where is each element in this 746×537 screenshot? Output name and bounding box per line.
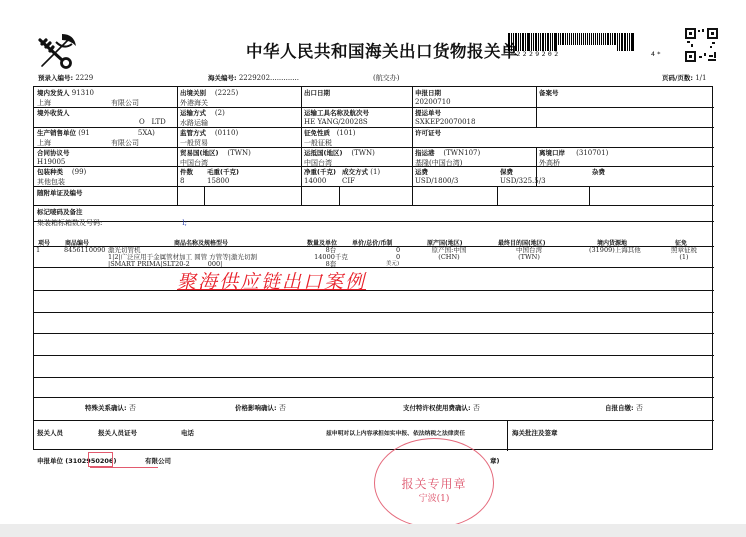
self-pay-confirm: 自报自缴: 否 xyxy=(605,403,643,413)
port-of-destination-field: 指运港 (TWN107) 基隆(中国台湾) xyxy=(415,148,480,168)
pre-entry-value: 2229 xyxy=(75,74,93,82)
attached-docs-field: 随附单证及编号 xyxy=(37,188,83,197)
goods-hs-code: 8456110090 xyxy=(64,247,105,254)
barcode xyxy=(508,33,666,51)
declare-date-field: 申报日期 20200710 xyxy=(415,88,451,106)
tax-nature-field: 征免性质 (101) 一般征税 xyxy=(304,128,356,148)
insurance-field: 保费 USD/325.5/3 xyxy=(500,167,546,185)
gross-weight-field: 毛重(千克) 15800 xyxy=(207,167,239,185)
goods-header-price: 单价/总价/币制 xyxy=(352,238,392,247)
marks-field: 标记唛码及备注 集装箱标箱数及号码:l; xyxy=(37,207,187,228)
transport-mode-field: 运输方式 (2) 水路运输 xyxy=(180,108,225,128)
customs-remarks-label: 海关批注及签章 xyxy=(512,428,558,437)
customs-number-value: 2229202............. xyxy=(239,74,299,82)
transaction-mode-field: 成交方式 (1) CIF xyxy=(342,167,380,185)
small-red-seal xyxy=(88,452,113,467)
watermark-text: 聚海供应链出口案例 xyxy=(177,267,366,294)
price-influence-confirm: 价格影响确认: 否 xyxy=(235,403,286,413)
special-relation-confirm: 特殊关系确认: 否 xyxy=(85,403,136,413)
goods-name: 激光切管机 1|2|广泛应用于金属管材加工 圆管 方管等|激光切割 |SMART… xyxy=(108,247,257,268)
seal-underline xyxy=(90,467,158,468)
record-number-field: 备案号 xyxy=(539,88,559,97)
trade-country-field: 贸易国(地区) (TWN) 中国台湾 xyxy=(180,148,251,168)
stamp-city: 宁波(1) xyxy=(375,491,493,504)
packages-field: 件数 8 xyxy=(180,167,193,185)
goods-quantity: 8台 14000千克 8套 xyxy=(306,247,356,268)
misc-fee-field: 杂费 xyxy=(592,167,605,176)
stamp-suffix: 章) xyxy=(490,456,499,465)
goods-source: (31909)上海其他 xyxy=(589,247,641,254)
customs-number: 海关编号: 2229202............. xyxy=(208,73,299,82)
phone-label: 电话 xyxy=(181,428,194,437)
page-value: 1/1 xyxy=(695,74,706,82)
barcode-number: *2229202 xyxy=(510,50,561,58)
consignee-field: 境外收货人 O LTD xyxy=(37,108,166,126)
declarant-cert-label: 报关人员证号 xyxy=(98,428,137,437)
bill-of-lading-field: 提运单号 SXKEP20070018 xyxy=(415,108,475,126)
declaring-unit-name: 有限公司 xyxy=(145,456,171,465)
goods-destination: 中国台湾 (TWN) xyxy=(504,247,554,261)
exit-port-field: 离境口岸 (310701) 外高桥 xyxy=(539,148,608,168)
export-date-field: 出口日期 xyxy=(304,88,330,97)
stamp-text: 报关专用章 xyxy=(375,475,493,492)
page-title: 中华人民共和国海关出口货物报关单 xyxy=(246,38,518,62)
supervision-field: 监管方式 (0110) 一般贸易 xyxy=(180,128,238,148)
goods-price: 0 0 xyxy=(396,247,400,261)
license-field: 许可证号 xyxy=(415,128,441,137)
package-type-field: 包装种类 (99) 其他包装 xyxy=(37,167,86,187)
goods-currency: 美元) xyxy=(386,261,399,268)
transit-note: (航交办) xyxy=(373,73,399,83)
contract-field: 合同协议号 H19005 xyxy=(37,148,70,166)
goods-item-no: 1 xyxy=(36,247,40,254)
destination-country-field: 运抵国(地区) (TWN) 中国台湾 xyxy=(304,148,375,168)
goods-header-name: 商品名称及规格型号 xyxy=(174,238,228,247)
exit-customs-field: 出境关别 (2225) 外港海关 xyxy=(180,88,238,108)
customs-declaration-stamp: 报关专用章 宁波(1) xyxy=(374,438,494,528)
declaration-statement: 兹申明对以上内容承担如实申报、依法纳税之法律责任 xyxy=(326,428,465,437)
net-weight-field: 净重(千克) 14000 xyxy=(304,167,336,185)
customs-emblem-icon xyxy=(36,30,78,70)
goods-origin: 原产国:中国 (CHN) xyxy=(424,247,474,261)
pre-entry-number: 预录入编号: 2229 xyxy=(38,73,93,82)
pre-entry-label: 预录入编号: xyxy=(38,74,73,82)
declaration-form: 境内发货人 91310 上海有限公司 出境关别 (2225) 外港海关 出口日期… xyxy=(33,86,713,450)
royalty-confirm: 支付特许权使用费确认: 否 xyxy=(403,403,480,413)
vessel-field: 运输工具名称及航次号 HE YANG/20028S xyxy=(304,108,369,126)
goods-duty: 照章征税 (1) xyxy=(664,247,704,261)
barcode-tail: 4* xyxy=(651,50,663,58)
declarant-label: 报关人员 xyxy=(37,428,63,437)
customs-number-label: 海关编号: xyxy=(208,74,237,82)
page-label: 页码/页数: xyxy=(662,74,693,82)
shipper-field: 境内发货人 91310 上海有限公司 xyxy=(37,88,139,108)
page-indicator: 页码/页数: 1/1 xyxy=(662,73,706,82)
qr-code-icon xyxy=(685,28,718,63)
freight-field: 运费 USD/1800/3 xyxy=(415,167,458,185)
producer-field: 生产销售单位 (915XA) 上海有限公司 xyxy=(37,128,155,148)
viewer-bottom-band xyxy=(0,524,746,537)
